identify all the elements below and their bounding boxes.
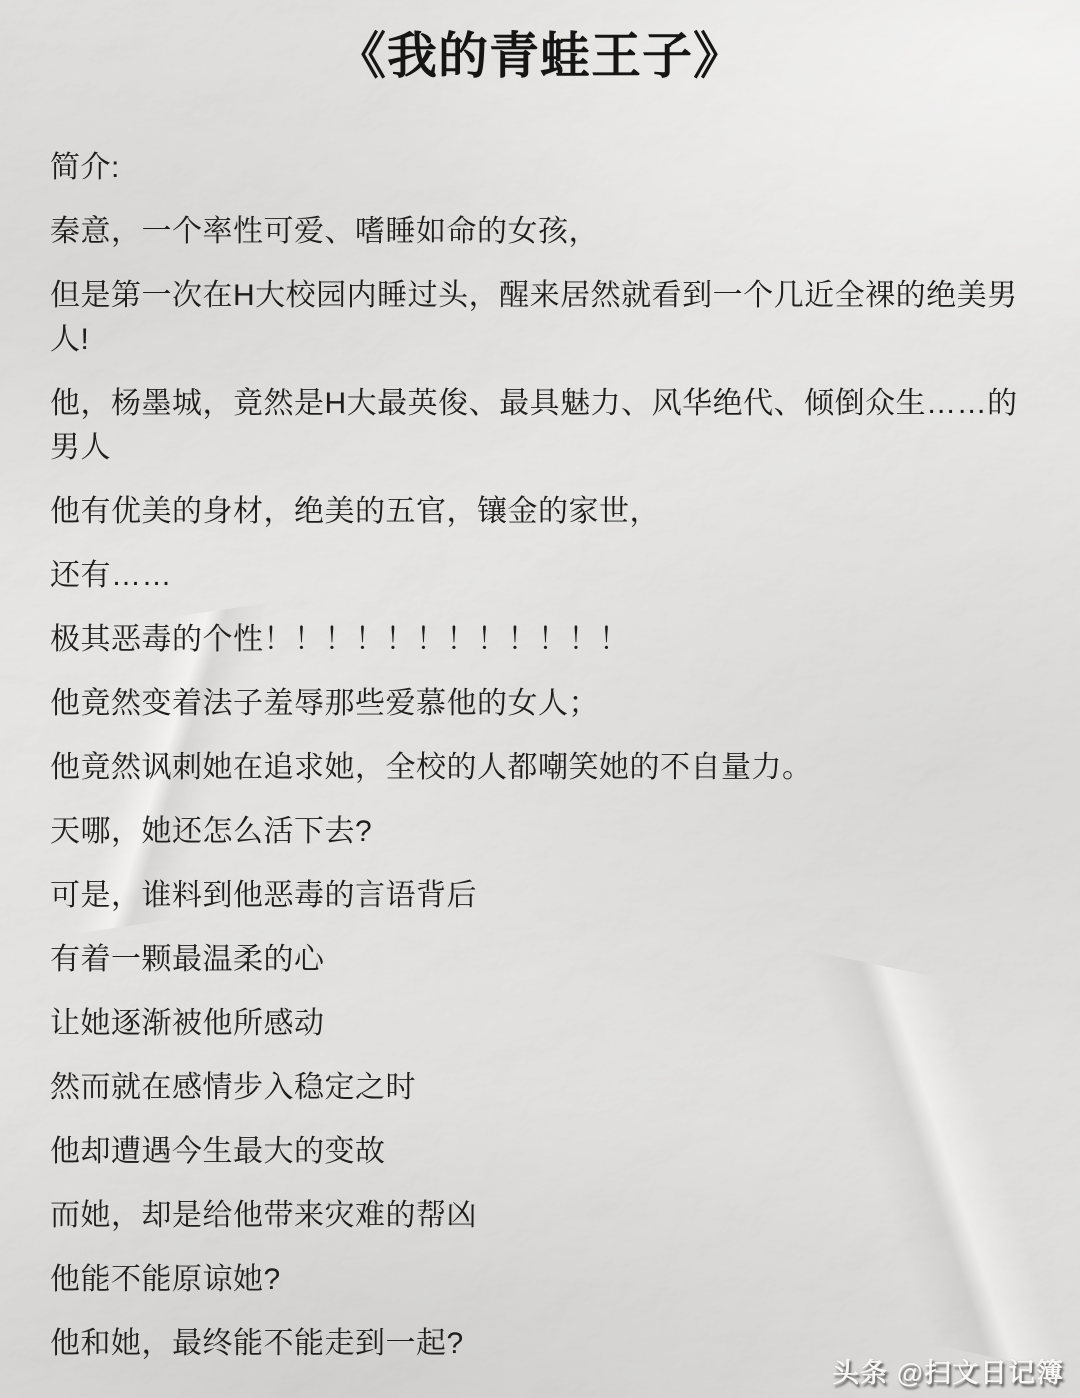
book-title: 《我的青蛙王子》	[50, 24, 1030, 88]
synopsis-line: 秦意，一个率性可爱、嗜睡如命的女孩，	[50, 210, 1030, 254]
synopsis-line: 他竟然变着法子羞辱那些爱慕他的女人；	[50, 682, 1030, 726]
synopsis-line: 他有优美的身材，绝美的五官，镶金的家世，	[50, 490, 1030, 534]
synopsis-line: 他能不能原谅她?	[50, 1258, 1030, 1302]
synopsis-line: 还有……	[50, 554, 1030, 598]
synopsis-line: 他，杨墨城，竟然是H大最英俊、最具魅力、风华绝代、倾倒众生……的男人	[50, 382, 1030, 470]
synopsis-line: 但是第一次在H大校园内睡过头，醒来居然就看到一个几近全裸的绝美男人!	[50, 274, 1030, 362]
synopsis-line: 有着一颗最温柔的心	[50, 938, 1030, 982]
synopsis-line: 极其恶毒的个性！！！！！！！！！！！！	[50, 618, 1030, 662]
synopsis-line: 可是，谁料到他恶毒的言语背后	[50, 874, 1030, 918]
synopsis-line: 而她，却是给他带来灾难的帮凶	[50, 1194, 1030, 1238]
synopsis-line: 天哪，她还怎么活下去?	[50, 810, 1030, 854]
synopsis-line: 他竟然讽刺她在追求她，全校的人都嘲笑她的不自量力。	[50, 746, 1030, 790]
synopsis-line: 他和她，最终能不能走到一起?	[50, 1322, 1030, 1366]
synopsis-page: 《我的青蛙王子》 简介: 秦意，一个率性可爱、嗜睡如命的女孩， 但是第一次在H大…	[0, 0, 1080, 1366]
synopsis-line: 他却遭遇今生最大的变故	[50, 1130, 1030, 1174]
synopsis-line: 然而就在感情步入稳定之时	[50, 1066, 1030, 1110]
synopsis-body: 简介: 秦意，一个率性可爱、嗜睡如命的女孩， 但是第一次在H大校园内睡过头，醒来…	[50, 146, 1030, 1366]
intro-label: 简介:	[50, 146, 1030, 190]
synopsis-line: 让她逐渐被他所感动	[50, 1002, 1030, 1046]
